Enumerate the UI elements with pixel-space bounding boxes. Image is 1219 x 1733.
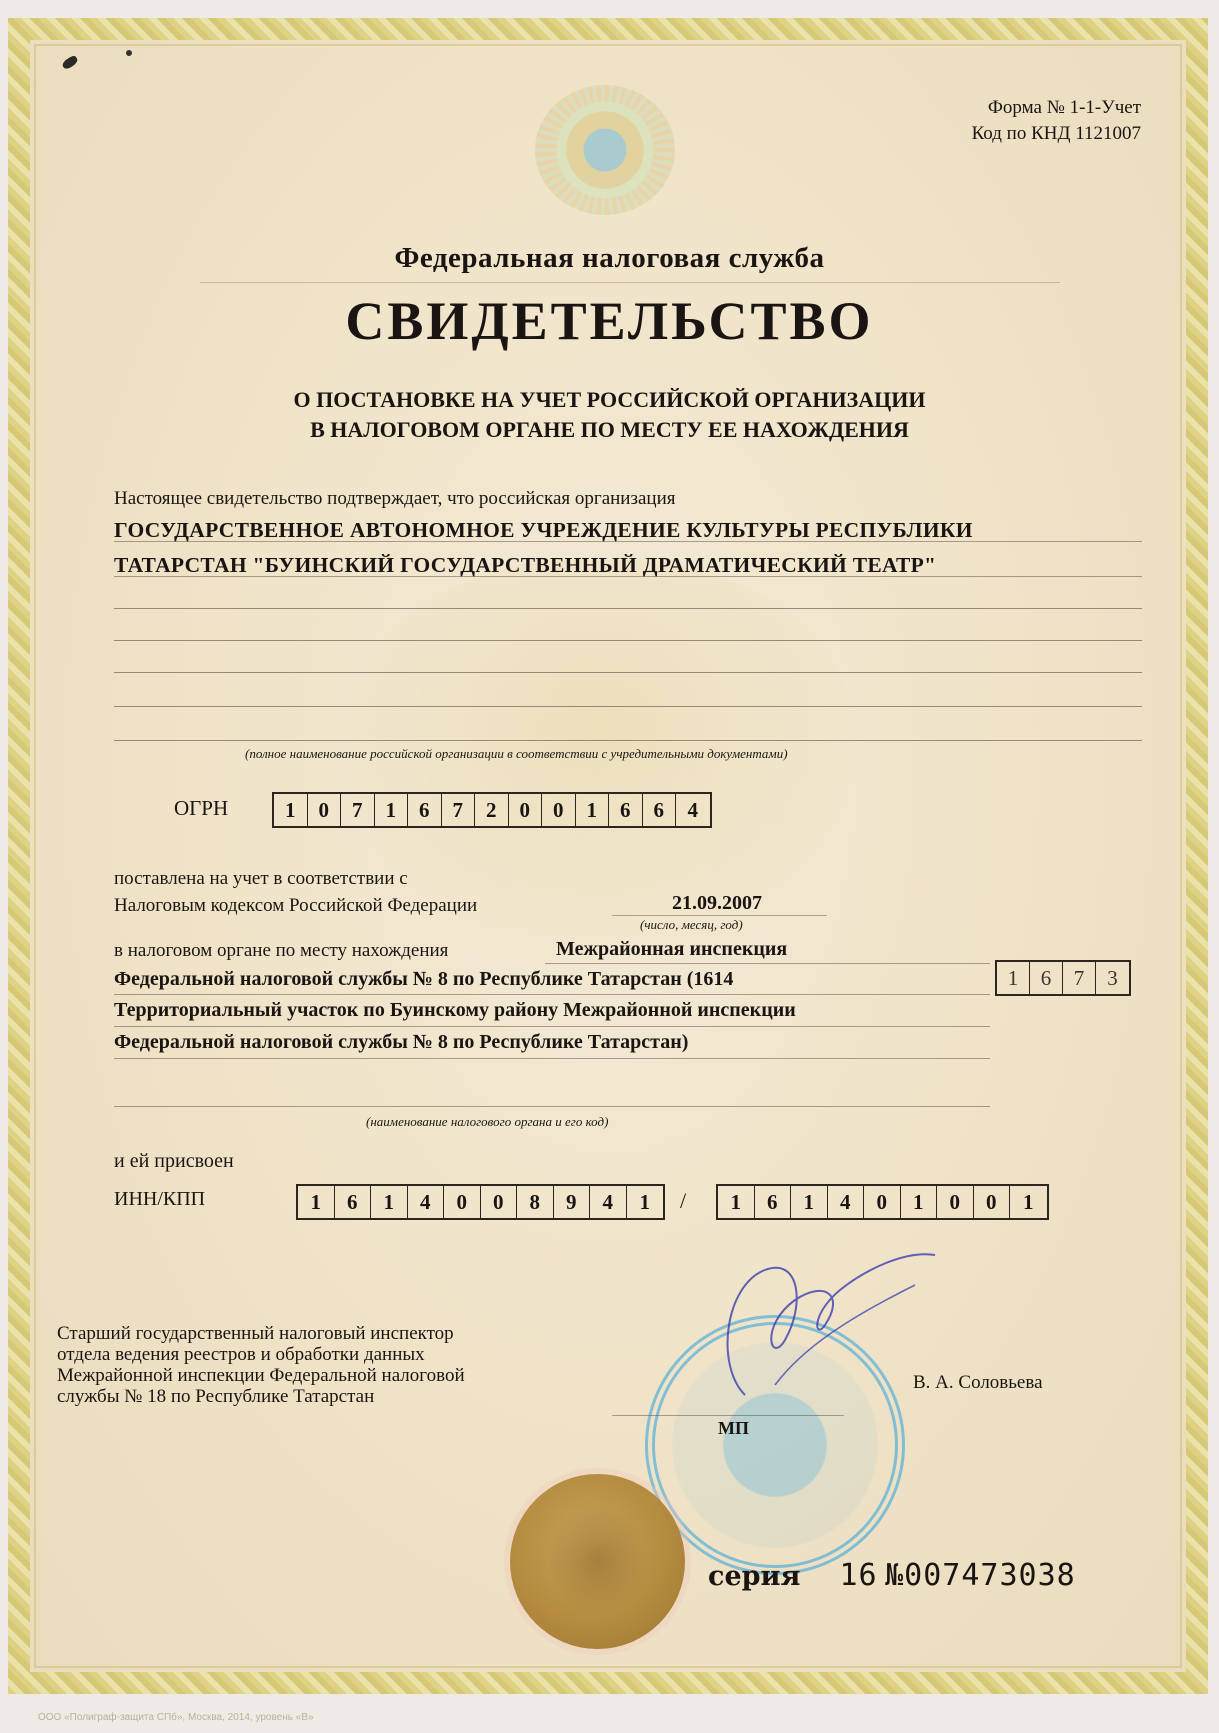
fill-line xyxy=(114,640,1142,641)
seal-eagle-icon xyxy=(550,1509,645,1614)
fill-line xyxy=(114,1058,990,1059)
fill-line xyxy=(114,608,1142,609)
signature-line xyxy=(612,1415,844,1416)
knd-code: Код по КНД 1121007 xyxy=(972,121,1141,147)
document-title: СВИДЕТЕЛЬСТВО xyxy=(0,290,1219,352)
registration-line-2: Налоговым кодексом Российской Федерации xyxy=(114,895,477,917)
ogrn-digit: 6 xyxy=(408,794,442,826)
inn-digit: 4 xyxy=(590,1186,627,1218)
inn-digit: 0 xyxy=(444,1186,481,1218)
serial-number: серия 16 №007473038 xyxy=(708,1558,1076,1593)
registration-date: 21.09.2007 xyxy=(672,892,762,915)
authority-code-digit: 6 xyxy=(1030,962,1063,994)
authority-code-digit: 7 xyxy=(1063,962,1096,994)
ogrn-digit-boxes: 1071672001664 xyxy=(272,792,712,828)
inn-digit: 6 xyxy=(335,1186,372,1218)
document-subtitle: О ПОСТАНОВКЕ НА УЧЕТ РОССИЙСКОЙ ОРГАНИЗА… xyxy=(0,385,1219,445)
organization-name-line: ГОСУДАРСТВЕННОЕ АВТОНОМНОЕ УЧРЕЖДЕНИЕ КУ… xyxy=(114,513,973,548)
authority-code-boxes: 1673 xyxy=(995,960,1131,996)
inn-digit: 9 xyxy=(554,1186,591,1218)
inn-digit: 4 xyxy=(408,1186,445,1218)
organization-name-line: ТАТАРСТАН "БУИНСКИЙ ГОСУДАРСТВЕННЫЙ ДРАМ… xyxy=(114,548,973,583)
authority-intro: в налоговом органе по месту нахождения xyxy=(114,940,448,962)
ogrn-digit: 6 xyxy=(609,794,643,826)
date-caption: (число, месяц, год) xyxy=(640,917,743,933)
registration-line-1: поставлена на учет в соответствии с xyxy=(114,868,408,890)
inn-digit-boxes: 1614008941 xyxy=(296,1184,665,1220)
ogrn-digit: 0 xyxy=(308,794,342,826)
serial-number-value: №007473038 xyxy=(885,1558,1076,1593)
serial-series: 16 xyxy=(839,1558,877,1593)
fill-line xyxy=(114,740,1142,741)
form-identifier: Форма № 1-1-Учет Код по КНД 1121007 xyxy=(972,95,1141,147)
signatory-position: Старший государственный налоговый инспек… xyxy=(57,1323,465,1407)
kpp-digit: 1 xyxy=(791,1186,828,1218)
ogrn-digit: 0 xyxy=(542,794,576,826)
organization-intro: Настоящее свидетельство подтверждает, чт… xyxy=(114,488,675,510)
inn-digit: 1 xyxy=(627,1186,664,1218)
authority-code-digit: 1 xyxy=(997,962,1030,994)
ink-dot xyxy=(126,50,132,56)
agency-name: Федеральная налоговая служба xyxy=(0,242,1219,275)
printer-note: ООО «Полиграф-защита СПб», Москва, 2014,… xyxy=(38,1712,314,1723)
ogrn-label: ОГРН xyxy=(174,796,228,821)
ogrn-digit: 2 xyxy=(475,794,509,826)
fill-line xyxy=(114,541,1142,542)
gold-seal-icon xyxy=(510,1474,685,1649)
subtitle-line: В НАЛОГОВОМ ОРГАНЕ ПО МЕСТУ ЕЕ НАХОЖДЕНИ… xyxy=(0,415,1219,445)
subtitle-line: О ПОСТАНОВКЕ НА УЧЕТ РОССИЙСКОЙ ОРГАНИЗА… xyxy=(0,385,1219,415)
ogrn-digit: 6 xyxy=(643,794,677,826)
ogrn-digit: 4 xyxy=(676,794,710,826)
authority-line: Федеральной налоговой службы № 8 по Респ… xyxy=(114,1031,688,1054)
inn-digit: 1 xyxy=(371,1186,408,1218)
ogrn-digit: 7 xyxy=(341,794,375,826)
fill-line xyxy=(612,915,827,916)
kpp-digit: 1 xyxy=(1010,1186,1047,1218)
fill-line xyxy=(114,576,1142,577)
inn-digit: 0 xyxy=(481,1186,518,1218)
authority-line: Федеральной налоговой службы № 8 по Респ… xyxy=(114,968,733,991)
organization-name: ГОСУДАРСТВЕННОЕ АВТОНОМНОЕ УЧРЕЖДЕНИЕ КУ… xyxy=(114,513,973,583)
position-line: Старший государственный налоговый инспек… xyxy=(57,1323,465,1344)
organization-caption: (полное наименование российской организа… xyxy=(245,746,788,762)
serial-label: серия xyxy=(708,1561,800,1592)
eagle-watermark-icon xyxy=(340,560,860,990)
authority-line: Территориальный участок по Буинскому рай… xyxy=(114,999,796,1022)
inn-intro: и ей присвоен xyxy=(114,1150,234,1173)
hologram-emblem-icon xyxy=(535,85,675,215)
kpp-digit: 0 xyxy=(937,1186,974,1218)
authority-code-digit: 3 xyxy=(1096,962,1129,994)
inn-kpp-separator: / xyxy=(680,1188,686,1214)
ogrn-digit: 1 xyxy=(375,794,409,826)
signature-icon xyxy=(705,1245,955,1405)
inn-kpp-label: ИНН/КПП xyxy=(114,1188,205,1211)
authority-line: Межрайонная инспекция xyxy=(556,938,787,961)
kpp-digit: 1 xyxy=(718,1186,755,1218)
kpp-digit-boxes: 161401001 xyxy=(716,1184,1049,1220)
fill-line xyxy=(114,1026,990,1027)
kpp-digit: 6 xyxy=(755,1186,792,1218)
fill-line xyxy=(114,706,1142,707)
fill-line xyxy=(545,963,990,964)
ogrn-digit: 1 xyxy=(274,794,308,826)
position-line: Межрайонной инспекции Федеральной налого… xyxy=(57,1365,465,1386)
fill-line xyxy=(114,994,990,995)
kpp-digit: 1 xyxy=(901,1186,938,1218)
authority-caption: (наименование налогового органа и его ко… xyxy=(366,1114,608,1130)
inn-digit: 8 xyxy=(517,1186,554,1218)
kpp-digit: 0 xyxy=(974,1186,1011,1218)
form-number: Форма № 1-1-Учет xyxy=(972,95,1141,121)
position-line: службы № 18 по Республике Татарстан xyxy=(57,1386,465,1407)
kpp-digit: 0 xyxy=(864,1186,901,1218)
kpp-digit: 4 xyxy=(828,1186,865,1218)
fill-line xyxy=(114,672,1142,673)
ogrn-digit: 1 xyxy=(576,794,610,826)
inn-digit: 1 xyxy=(298,1186,335,1218)
position-line: отдела ведения реестров и обработки данн… xyxy=(57,1344,465,1365)
ogrn-digit: 0 xyxy=(509,794,543,826)
divider xyxy=(200,282,1060,283)
stamp-place-label: МП xyxy=(718,1418,749,1439)
fill-line xyxy=(114,1106,990,1107)
ogrn-digit: 7 xyxy=(442,794,476,826)
